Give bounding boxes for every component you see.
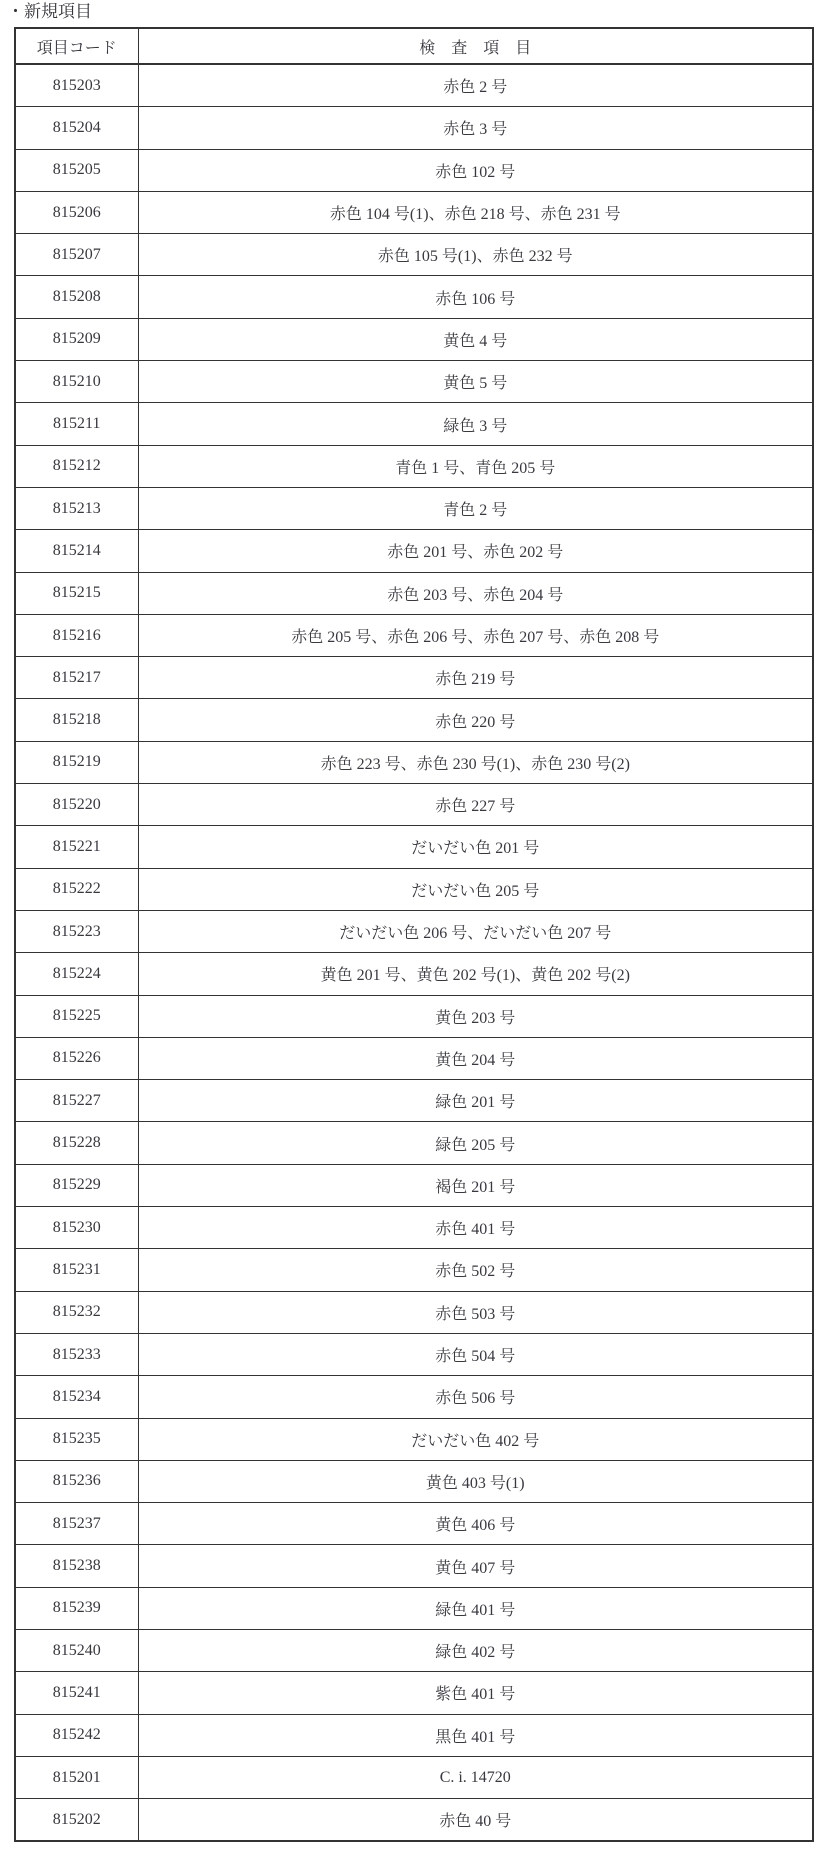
table-row: 815202 赤色 40 号 (15, 1799, 813, 1842)
table-row: 815230 赤色 401 号 (15, 1207, 813, 1249)
item-code-cell: 815231 (15, 1249, 138, 1291)
item-code-cell: 815230 (15, 1207, 138, 1249)
table-row: 815237 黄色 406 号 (15, 1503, 813, 1545)
item-code-cell: 815211 (15, 403, 138, 445)
table-row: 815218 赤色 220 号 (15, 699, 813, 741)
table-row: 815240 緑色 402 号 (15, 1629, 813, 1671)
inspection-item-cell: だいだい色 205 号 (138, 868, 813, 910)
table-row: 815219 赤色 223 号、赤色 230 号(1)、赤色 230 号(2) (15, 741, 813, 783)
item-code-cell: 815207 (15, 234, 138, 276)
table-row: 815241 紫色 401 号 (15, 1672, 813, 1714)
table-row: 815201 C. i. 14720 (15, 1756, 813, 1798)
item-code-cell: 815220 (15, 784, 138, 826)
table-row: 815215 赤色 203 号、赤色 204 号 (15, 572, 813, 614)
inspection-item-cell: 青色 2 号 (138, 487, 813, 529)
table-row: 815228 緑色 205 号 (15, 1122, 813, 1164)
item-code-cell: 815213 (15, 487, 138, 529)
inspection-item-cell: だいだい色 201 号 (138, 826, 813, 868)
item-code-cell: 815208 (15, 276, 138, 318)
item-code-cell: 815223 (15, 910, 138, 952)
inspection-item-cell: 青色 1 号、青色 205 号 (138, 445, 813, 487)
inspection-item-cell: 赤色 104 号(1)、赤色 218 号、赤色 231 号 (138, 191, 813, 233)
page-title: ・新規項目 (7, 2, 92, 22)
item-code-cell: 815232 (15, 1291, 138, 1333)
inspection-item-cell: だいだい色 206 号、だいだい色 207 号 (138, 910, 813, 952)
table-body: 815203 赤色 2 号 815204 赤色 3 号 815205 赤色 10… (15, 64, 813, 1841)
item-code-cell: 815240 (15, 1629, 138, 1671)
item-code-cell: 815216 (15, 614, 138, 656)
table-row: 815212 青色 1 号、青色 205 号 (15, 445, 813, 487)
table-row: 815208 赤色 106 号 (15, 276, 813, 318)
inspection-item-cell: 黄色 406 号 (138, 1503, 813, 1545)
inspection-item-cell: 緑色 402 号 (138, 1629, 813, 1671)
item-code-cell: 815233 (15, 1333, 138, 1375)
item-code-cell: 815229 (15, 1164, 138, 1206)
inspection-item-cell: 褐色 201 号 (138, 1164, 813, 1206)
inspection-item-cell: 黒色 401 号 (138, 1714, 813, 1756)
table-row: 815223 だいだい色 206 号、だいだい色 207 号 (15, 910, 813, 952)
table-row: 815235 だいだい色 402 号 (15, 1418, 813, 1460)
inspection-item-cell: 赤色 503 号 (138, 1291, 813, 1333)
item-code-cell: 815228 (15, 1122, 138, 1164)
table-row: 815203 赤色 2 号 (15, 64, 813, 107)
item-code-cell: 815227 (15, 1080, 138, 1122)
item-code-cell: 815242 (15, 1714, 138, 1756)
table-row: 815242 黒色 401 号 (15, 1714, 813, 1756)
table-row: 815205 赤色 102 号 (15, 149, 813, 191)
inspection-item-cell: 緑色 401 号 (138, 1587, 813, 1629)
item-code-cell: 815236 (15, 1460, 138, 1502)
inspection-item-cell: 赤色 3 号 (138, 107, 813, 149)
table-row: 815213 青色 2 号 (15, 487, 813, 529)
table-row: 815225 黄色 203 号 (15, 995, 813, 1037)
table-row: 815227 緑色 201 号 (15, 1080, 813, 1122)
table-row: 815220 赤色 227 号 (15, 784, 813, 826)
inspection-item-cell: 黄色 204 号 (138, 1037, 813, 1079)
table-row: 815206 赤色 104 号(1)、赤色 218 号、赤色 231 号 (15, 191, 813, 233)
table-row: 815207 赤色 105 号(1)、赤色 232 号 (15, 234, 813, 276)
table-row: 815238 黄色 407 号 (15, 1545, 813, 1587)
header-inspection-item: 検 査 項 目 (138, 28, 813, 64)
item-code-cell: 815210 (15, 361, 138, 403)
inspection-item-cell: 赤色 506 号 (138, 1376, 813, 1418)
inspection-item-cell: 緑色 3 号 (138, 403, 813, 445)
inspection-item-cell: 赤色 220 号 (138, 699, 813, 741)
item-code-cell: 815221 (15, 826, 138, 868)
inspection-items-table: 項目コード 検 査 項 目 815203 赤色 2 号 815204 赤色 3 … (14, 27, 814, 1842)
table-row: 815224 黄色 201 号、黄色 202 号(1)、黄色 202 号(2) (15, 953, 813, 995)
table-row: 815217 赤色 219 号 (15, 657, 813, 699)
table-row: 815233 赤色 504 号 (15, 1333, 813, 1375)
inspection-item-cell: 赤色 401 号 (138, 1207, 813, 1249)
item-code-cell: 815218 (15, 699, 138, 741)
item-code-cell: 815234 (15, 1376, 138, 1418)
inspection-item-cell: 緑色 201 号 (138, 1080, 813, 1122)
table-row: 815234 赤色 506 号 (15, 1376, 813, 1418)
inspection-item-cell: 黄色 403 号(1) (138, 1460, 813, 1502)
table-row: 815221 だいだい色 201 号 (15, 826, 813, 868)
table-row: 815209 黄色 4 号 (15, 318, 813, 360)
inspection-item-cell: 赤色 205 号、赤色 206 号、赤色 207 号、赤色 208 号 (138, 614, 813, 656)
inspection-item-cell: 紫色 401 号 (138, 1672, 813, 1714)
table-row: 815214 赤色 201 号、赤色 202 号 (15, 530, 813, 572)
inspection-item-cell: 赤色 40 号 (138, 1799, 813, 1842)
table-row: 815204 赤色 3 号 (15, 107, 813, 149)
inspection-item-cell: 黄色 407 号 (138, 1545, 813, 1587)
item-code-cell: 815226 (15, 1037, 138, 1079)
inspection-item-cell: 赤色 502 号 (138, 1249, 813, 1291)
item-code-cell: 815237 (15, 1503, 138, 1545)
item-code-cell: 815239 (15, 1587, 138, 1629)
item-code-cell: 815203 (15, 64, 138, 107)
item-code-cell: 815204 (15, 107, 138, 149)
table-row: 815222 だいだい色 205 号 (15, 868, 813, 910)
item-code-cell: 815224 (15, 953, 138, 995)
inspection-item-cell: 赤色 203 号、赤色 204 号 (138, 572, 813, 614)
inspection-item-cell: 赤色 102 号 (138, 149, 813, 191)
item-code-cell: 815202 (15, 1799, 138, 1842)
inspection-item-cell: 赤色 201 号、赤色 202 号 (138, 530, 813, 572)
inspection-item-cell: 赤色 105 号(1)、赤色 232 号 (138, 234, 813, 276)
item-code-cell: 815209 (15, 318, 138, 360)
item-code-cell: 815241 (15, 1672, 138, 1714)
item-code-cell: 815205 (15, 149, 138, 191)
inspection-item-cell: 赤色 2 号 (138, 64, 813, 107)
item-code-cell: 815215 (15, 572, 138, 614)
item-code-cell: 815222 (15, 868, 138, 910)
inspection-item-cell: 赤色 219 号 (138, 657, 813, 699)
item-code-cell: 815214 (15, 530, 138, 572)
item-code-cell: 815235 (15, 1418, 138, 1460)
item-code-cell: 815201 (15, 1756, 138, 1798)
inspection-item-cell: 黄色 4 号 (138, 318, 813, 360)
table-header-row: 項目コード 検 査 項 目 (15, 28, 813, 64)
item-code-cell: 815219 (15, 741, 138, 783)
inspection-item-cell: 黄色 203 号 (138, 995, 813, 1037)
table-row: 815239 緑色 401 号 (15, 1587, 813, 1629)
inspection-item-cell: 緑色 205 号 (138, 1122, 813, 1164)
inspection-item-cell: 赤色 223 号、赤色 230 号(1)、赤色 230 号(2) (138, 741, 813, 783)
item-code-cell: 815212 (15, 445, 138, 487)
inspection-item-cell: C. i. 14720 (138, 1756, 813, 1798)
header-item-code: 項目コード (15, 28, 138, 64)
item-code-cell: 815238 (15, 1545, 138, 1587)
item-code-cell: 815206 (15, 191, 138, 233)
table-row: 815210 黄色 5 号 (15, 361, 813, 403)
inspection-item-cell: だいだい色 402 号 (138, 1418, 813, 1460)
inspection-item-cell: 黄色 5 号 (138, 361, 813, 403)
inspection-item-cell: 赤色 504 号 (138, 1333, 813, 1375)
table-row: 815216 赤色 205 号、赤色 206 号、赤色 207 号、赤色 208… (15, 614, 813, 656)
item-code-cell: 815217 (15, 657, 138, 699)
item-code-cell: 815225 (15, 995, 138, 1037)
table-row: 815229 褐色 201 号 (15, 1164, 813, 1206)
inspection-item-cell: 赤色 106 号 (138, 276, 813, 318)
inspection-item-cell: 赤色 227 号 (138, 784, 813, 826)
table-row: 815236 黄色 403 号(1) (15, 1460, 813, 1502)
table-row: 815232 赤色 503 号 (15, 1291, 813, 1333)
table-row: 815231 赤色 502 号 (15, 1249, 813, 1291)
table-row: 815211 緑色 3 号 (15, 403, 813, 445)
inspection-item-cell: 黄色 201 号、黄色 202 号(1)、黄色 202 号(2) (138, 953, 813, 995)
table-row: 815226 黄色 204 号 (15, 1037, 813, 1079)
document-page: ・新規項目 項目コード 検 査 項 目 815203 赤色 2 号 815204… (0, 0, 827, 1857)
